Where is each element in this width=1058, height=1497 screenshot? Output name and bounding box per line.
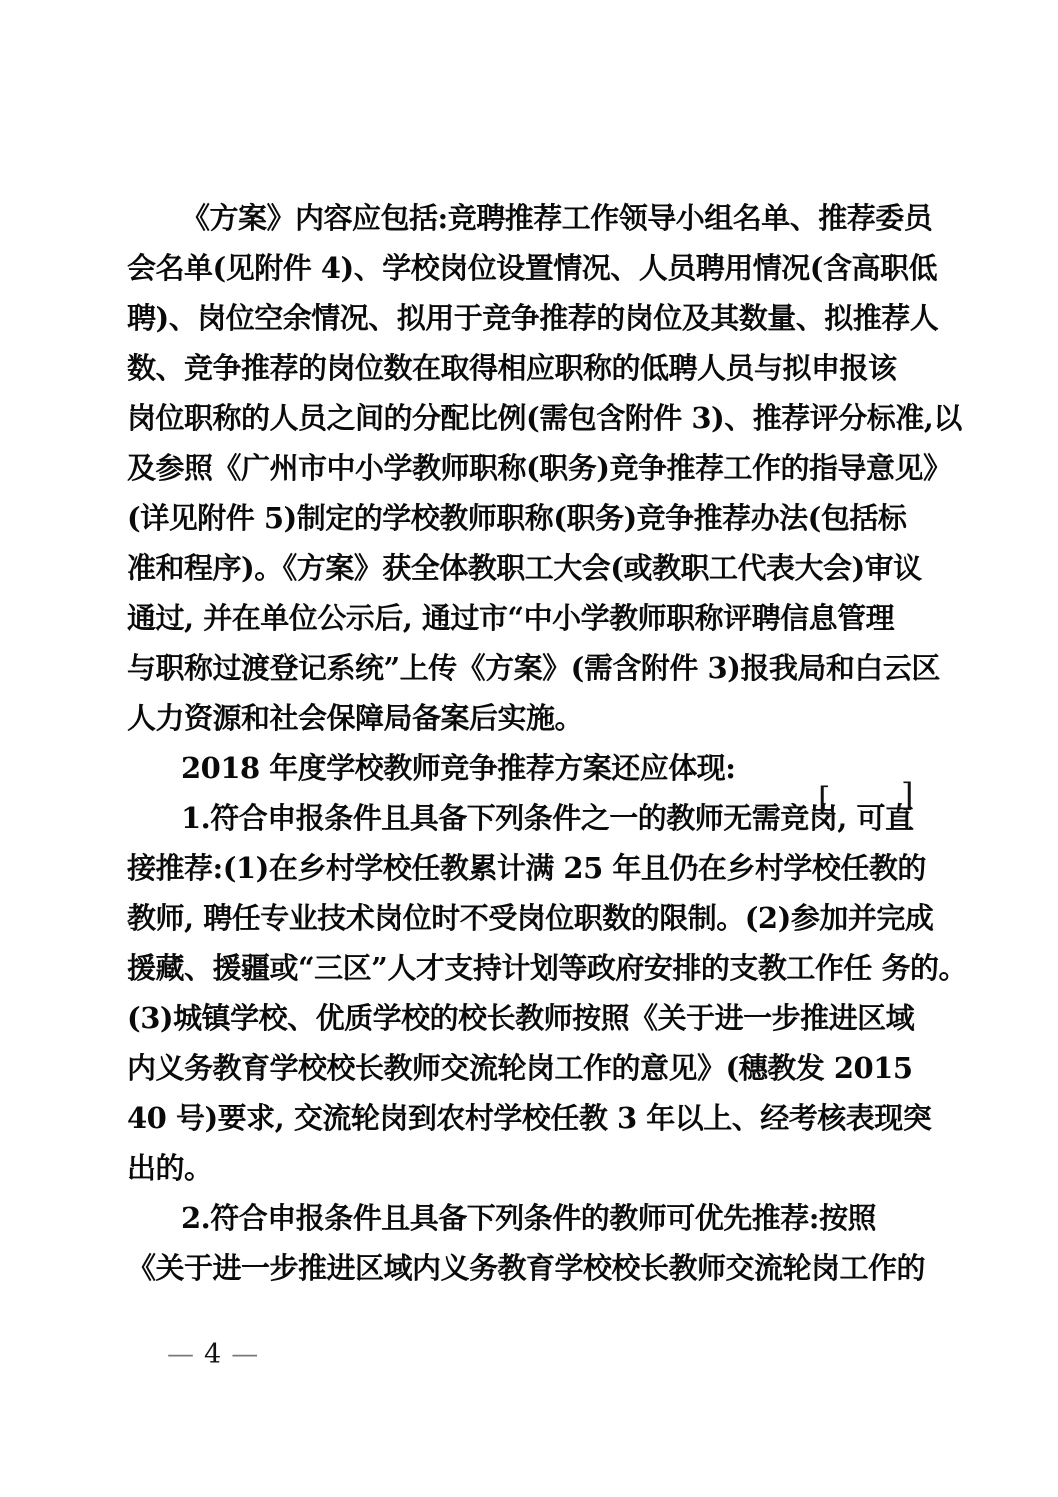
text-line: 数、竞争推荐的岗位数在取得相应职称的低聘人员与拟申报该 xyxy=(127,343,939,393)
text-line: 岗位职称的人员之间的分配比例(需包含附件 3)、推荐评分标准,以 xyxy=(127,393,939,443)
document-body: 《方案》内容应包括:竞聘推荐工作领导小组名单、推荐委员会名单(见附件 4)、学校… xyxy=(127,193,939,1293)
text-line: 通过, 并在单位公示后, 通过市“中小学教师职称评聘信息管理 xyxy=(127,593,939,643)
document-page: 《方案》内容应包括:竞聘推荐工作领导小组名单、推荐委员会名单(见附件 4)、学校… xyxy=(0,0,1058,1497)
page-number-dash-right: — xyxy=(221,1339,268,1370)
text-line: 《关于进一步推进区域内义务教育学校校长教师交流轮岗工作的 xyxy=(127,1243,939,1293)
text-line: 2.符合申报条件且具备下列条件的教师可优先推荐:按照 xyxy=(127,1193,939,1243)
text-line: 人力资源和社会保障局备案后实施。 xyxy=(127,693,939,743)
text-line: 会名单(见附件 4)、学校岗位设置情况、人员聘用情况(含高职低 xyxy=(127,243,939,293)
stray-bracket-right-mark: ] xyxy=(901,779,913,811)
text-line: 内义务教育学校校长教师交流轮岗工作的意见》(穗教发 2015 xyxy=(127,1043,939,1093)
page-number-dash-left: — xyxy=(157,1339,204,1370)
text-line: 准和程序)。《方案》获全体教职工大会(或教职工代表大会)审议 xyxy=(127,543,939,593)
text-line: 援藏、援疆或“三区”人才支持计划等政府安排的支教工作任 务的。 xyxy=(127,943,939,993)
text-line: (3)城镇学校、优质学校的校长教师按照《关于进一步推进区域 xyxy=(127,993,939,1043)
text-line: 《方案》内容应包括:竞聘推荐工作领导小组名单、推荐委员 xyxy=(127,193,939,243)
page-number: —4— xyxy=(157,1340,268,1370)
text-line: 聘)、岗位空余情况、拟用于竞争推荐的岗位及其数量、拟推荐人 xyxy=(127,293,939,343)
text-line: 及参照《广州市中小学教师职称(职务)竞争推荐工作的指导意见》 xyxy=(127,443,939,493)
text-line: 教师, 聘任专业技术岗位时不受岗位职数的限制。(2)参加并完成 xyxy=(127,893,939,943)
stray-bracket-left-mark: [ xyxy=(818,783,830,815)
text-line: 40 号)要求, 交流轮岗到农村学校任教 3 年以上、经考核表现突 xyxy=(127,1093,939,1143)
text-line: 与职称过渡登记系统”上传《方案》(需含附件 3)报我局和白云区 xyxy=(127,643,939,693)
text-line: (详见附件 5)制定的学校教师职称(职务)竞争推荐办法(包括标 xyxy=(127,493,939,543)
page-number-value: 4 xyxy=(204,1339,221,1370)
text-line: 接推荐:(1)在乡村学校任教累计满 25 年且仍在乡村学校任教的 xyxy=(127,843,939,893)
text-line: 出的。 xyxy=(127,1143,939,1193)
